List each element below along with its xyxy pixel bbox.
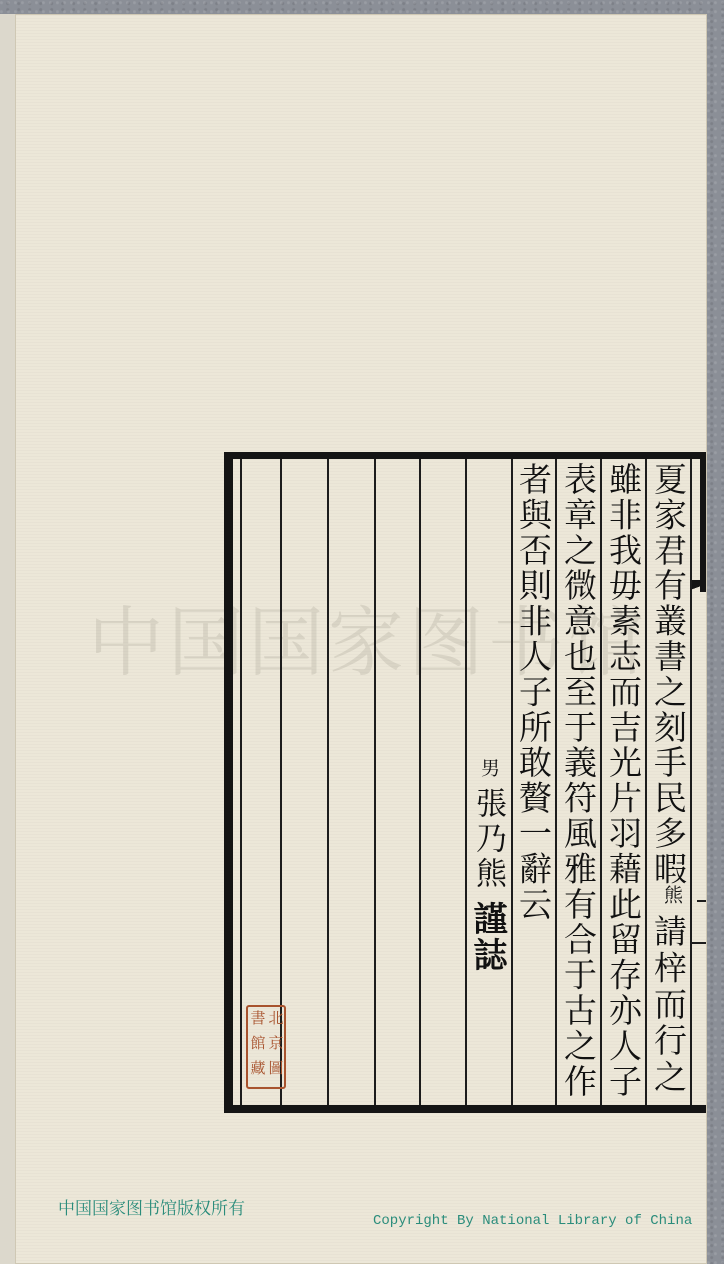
seal-text-right: 北京圖 bbox=[267, 1007, 284, 1087]
fold-tick bbox=[697, 900, 706, 902]
column-rule bbox=[690, 459, 692, 1105]
column-rule bbox=[555, 459, 557, 1105]
library-seal-stamp: 北京圖 書館藏 bbox=[246, 1005, 286, 1089]
column-rule bbox=[374, 459, 376, 1105]
column-rule bbox=[419, 459, 421, 1105]
underlying-page-edge bbox=[0, 14, 16, 1264]
copyright-chinese: 中国国家图书馆版权所有 bbox=[58, 1194, 245, 1219]
copyright-english: Copyright By National Library of China bbox=[373, 1213, 692, 1229]
signature-closing: 謹誌 bbox=[467, 901, 507, 973]
column-rule bbox=[240, 459, 242, 1105]
column-rule bbox=[600, 459, 602, 1105]
signature-name: 張乃熊 bbox=[468, 787, 508, 892]
text-column-2: 雖非我毋素志而吉光片羽藉此留存亦人子 bbox=[603, 462, 643, 1099]
column-text: 夏家君有叢書之刻手民多暇 bbox=[648, 462, 688, 887]
interlinear-note: 熊 bbox=[660, 885, 684, 904]
fishtail-mark-icon bbox=[691, 580, 706, 592]
text-column-3: 表章之微意也至于義符風雅有合于古之作 bbox=[558, 462, 598, 1099]
column-text: 請梓而行之 bbox=[648, 914, 688, 1096]
column-rule bbox=[327, 459, 329, 1105]
fold-tick bbox=[690, 942, 706, 944]
text-column-4: 者與否則非人子所敢贅一辭云 bbox=[513, 462, 553, 922]
signature-prefix: 男 bbox=[477, 758, 501, 777]
column-rule bbox=[645, 459, 647, 1105]
seal-text-left: 書館藏 bbox=[249, 1007, 266, 1087]
column-rule bbox=[465, 459, 467, 1105]
center-fold-border bbox=[700, 452, 706, 592]
